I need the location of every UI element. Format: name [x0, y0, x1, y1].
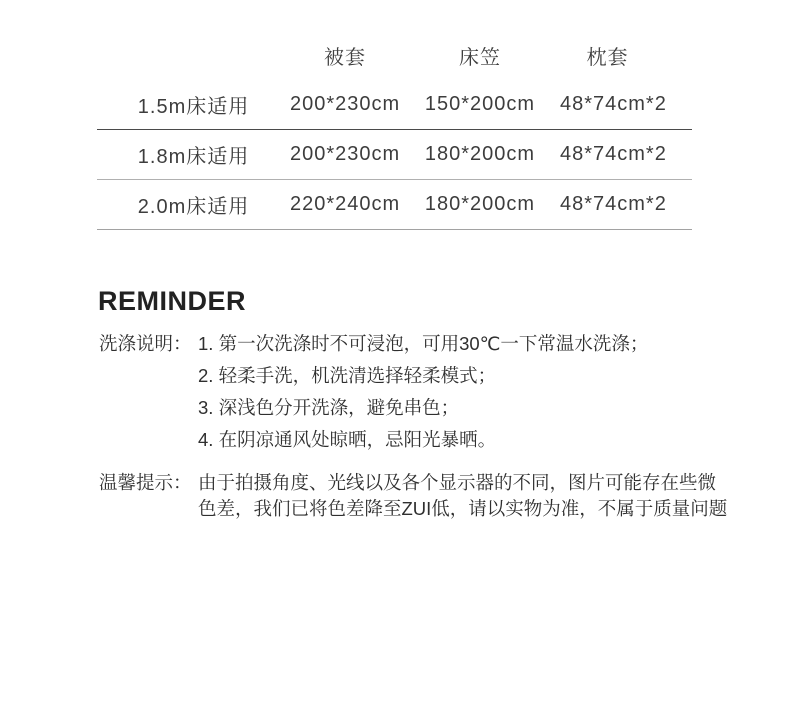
table-row: 2.0m床适用 220*240cm 180*200cm 48*74cm*2: [97, 180, 692, 230]
pillowcase-size: 48*74cm*2: [560, 93, 655, 116]
table-row: 1.8m床适用 200*230cm 180*200cm 48*74cm*2: [97, 130, 692, 180]
washing-instructions: 洗涤说明： 1. 第一次洗涤时不可浸泡，可用30℃一下常温水洗涤； 2. 轻柔手…: [99, 328, 648, 456]
warm-tip-line: 色差，我们已将色差降至ZUI低，请以实物为准，不属于质量问题: [198, 496, 727, 522]
washing-instructions-list: 1. 第一次洗涤时不可浸泡，可用30℃一下常温水洗涤； 2. 轻柔手洗，机洗清选…: [198, 328, 648, 456]
pillowcase-size: 48*74cm*2: [560, 143, 655, 166]
washing-instruction-item: 1. 第一次洗涤时不可浸泡，可用30℃一下常温水洗涤；: [198, 328, 648, 360]
duvet-cover-size: 220*240cm: [290, 193, 400, 216]
warm-tip-line: 由于拍摄角度、光线以及各个显示器的不同，图片可能存在些微: [198, 470, 727, 496]
table-header-row: 被套 床笠 枕套: [97, 30, 692, 80]
warm-tip-label: 温馨提示：: [99, 470, 198, 496]
row-label: 1.8m床适用: [97, 140, 290, 169]
warm-tip-text: 由于拍摄角度、光线以及各个显示器的不同，图片可能存在些微 色差，我们已将色差降至…: [198, 470, 727, 522]
pillowcase-size: 48*74cm*2: [560, 193, 655, 216]
washing-instruction-item: 4. 在阴凉通风处晾晒，忌阳光暴晒。: [198, 424, 648, 456]
fitted-sheet-size: 180*200cm: [400, 143, 560, 166]
warm-tip: 温馨提示： 由于拍摄角度、光线以及各个显示器的不同，图片可能存在些微 色差，我们…: [99, 470, 727, 522]
washing-instruction-item: 3. 深浅色分开洗涤，避免串色；: [198, 392, 648, 424]
size-table: 被套 床笠 枕套 1.5m床适用 200*230cm 150*200cm 48*…: [97, 30, 692, 230]
reminder-title: REMINDER: [98, 286, 246, 317]
duvet-cover-size: 200*230cm: [290, 143, 400, 166]
row-label: 2.0m床适用: [97, 190, 290, 219]
col-header-fitted-sheet: 床笠: [400, 41, 560, 70]
product-info-panel: 被套 床笠 枕套 1.5m床适用 200*230cm 150*200cm 48*…: [0, 0, 790, 717]
col-header-pillowcase: 枕套: [560, 41, 655, 70]
fitted-sheet-size: 180*200cm: [400, 193, 560, 216]
washing-instructions-label: 洗涤说明：: [99, 328, 198, 360]
col-header-duvet-cover: 被套: [290, 41, 400, 70]
washing-instruction-item: 2. 轻柔手洗，机洗清选择轻柔模式；: [198, 360, 648, 392]
row-label: 1.5m床适用: [97, 90, 290, 119]
fitted-sheet-size: 150*200cm: [400, 93, 560, 116]
duvet-cover-size: 200*230cm: [290, 93, 400, 116]
table-row: 1.5m床适用 200*230cm 150*200cm 48*74cm*2: [97, 80, 692, 130]
